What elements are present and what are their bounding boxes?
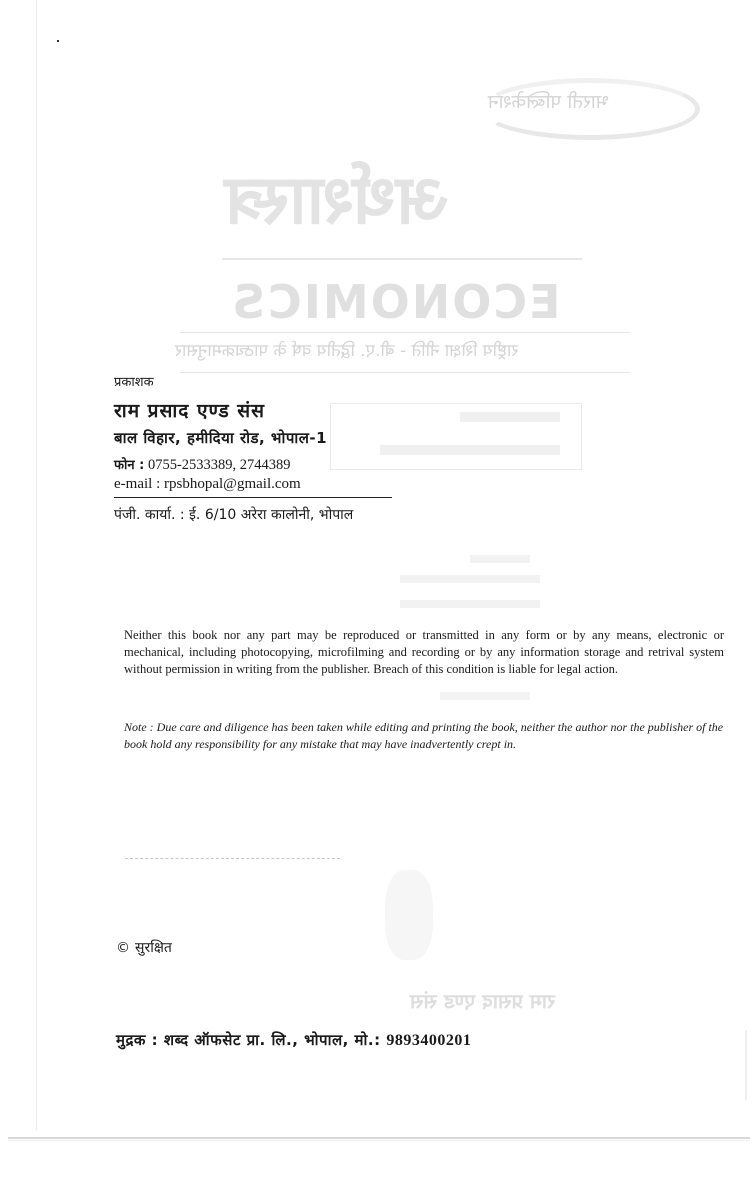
copyright-notice: Neither this book nor any part may be re… [124, 627, 724, 678]
publisher-name: राम प्रसाद एण्ड संस [114, 397, 265, 423]
disclaimer-note: Note : Due care and diligence has been t… [124, 719, 724, 753]
bleed-through-title: अर्थशास्त्र [225, 150, 448, 243]
bleed-through-series: भारती पब्लिकेशन [488, 88, 609, 114]
printer-line: मुद्रक : शब्द ऑफसेट प्रा. लि., भोपाल, मो… [116, 1030, 471, 1050]
bleed-through-rule [180, 332, 630, 333]
copyright-text: सुरक्षित [135, 940, 172, 956]
bleed-through-text-block [470, 555, 530, 563]
publisher-label: प्रकाशक [114, 372, 154, 390]
publisher-address: बाल विहार, हमीदिया रोड, भोपाल-1 [114, 428, 327, 448]
scan-left-edge [36, 0, 37, 1130]
bleed-through-line: राष्ट्रीय शिक्षा नीति - बी.ए. द्वितीय वर… [175, 338, 518, 361]
publisher-phone: फोन : 0755-2533389, 2744389 [114, 455, 291, 474]
scan-bottom-edge [8, 1137, 750, 1139]
bleed-through-footer: राम प्रसाद एण्ड संस [410, 987, 555, 1014]
email-label: e-mail : [114, 476, 160, 492]
copyright-icon: © [116, 940, 130, 956]
printer-mobile: 9893400201 [386, 1032, 471, 1049]
scan-speck [57, 40, 59, 42]
bleed-through-text-block [440, 692, 530, 700]
bleed-through-text-block [380, 445, 560, 455]
bleed-through-rule [222, 258, 582, 260]
publisher-email: e-mail : rpsbhopal@gmail.com [114, 476, 301, 493]
registered-office: पंजी. कार्या. : ई. 6/10 अरेरा कालोनी, भो… [114, 505, 353, 524]
copyright-line: ©सुरक्षित [116, 938, 172, 957]
bleed-through-seal [385, 870, 433, 960]
bleed-through-dashes [125, 858, 340, 859]
bleed-through-subtitle: ECONOMICS [230, 275, 561, 329]
bleed-through-text-block [460, 412, 560, 422]
printer-label: मुद्रक : शब्द ऑफसेट प्रा. लि., भोपाल, मो… [116, 1031, 381, 1049]
phone-label: फोन : [114, 458, 144, 473]
scan-right-edge [745, 1030, 747, 1100]
phone-numbers: 0755-2533389, 2744389 [148, 457, 291, 473]
bleed-through-text-block [400, 600, 540, 608]
bleed-through-rule [180, 372, 630, 373]
publisher-divider [114, 497, 392, 498]
email-address: rpsbhopal@gmail.com [164, 476, 301, 492]
bleed-through-text-block [400, 575, 540, 583]
scan-bottom-edge-shadow [8, 1140, 750, 1141]
